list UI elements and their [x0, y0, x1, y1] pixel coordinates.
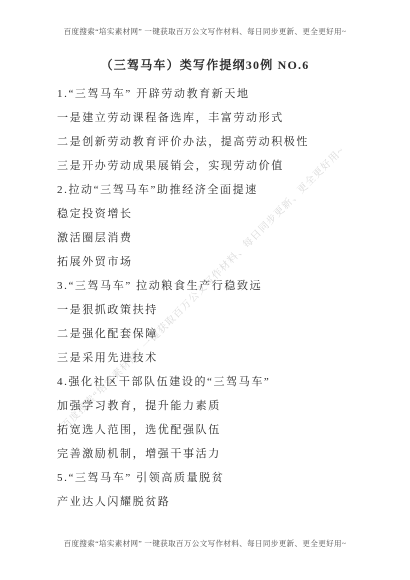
outline-line: 1.“三驾马车” 开辟劳动教育新天地: [57, 89, 380, 101]
footer-promo-note: 百度搜索“培实素材网” 一键获取百万公文写作材料、每日同步更新、更全更好用~: [0, 538, 410, 549]
outline-line: 二是创新劳动教育评价办法，提高劳动积极性: [57, 137, 380, 149]
outline-line: 三是采用先进技术: [57, 353, 380, 365]
outline-line: 三是开办劳动成果展销会，实现劳动价值: [57, 161, 380, 173]
outline-line: 稳定投资增长: [57, 209, 380, 221]
outline-line: 5.“三驾马车” 引领高质量脱贫: [57, 473, 380, 485]
outline-line: 完善激励机制，增强干事活力: [57, 449, 380, 461]
outline-line: 3.“三驾马车” 拉动粮食生产行稳致远: [57, 281, 380, 293]
outline-line: 一是建立劳动课程备选库，丰富劳动形式: [57, 113, 380, 125]
outline-line: 4.强化社区干部队伍建设的“三驾马车”: [57, 377, 380, 389]
outline-line: 激活圈层消费: [57, 233, 380, 245]
outline-line: 二是强化配套保障: [57, 329, 380, 341]
outline-line: 加强学习教育，提升能力素质: [57, 401, 380, 413]
document-title: （三驾马车）类写作提纲30例 NO.6: [0, 56, 410, 73]
outline-line: 一是狠抓政策扶持: [57, 305, 380, 317]
outline-line: 2.拉动“三驾马车”助推经济全面提速: [57, 185, 380, 197]
document-body: 1.“三驾马车” 开辟劳动教育新天地一是建立劳动课程备选库，丰富劳动形式二是创新…: [57, 89, 380, 521]
outline-line: 拓展外贸市场: [57, 257, 380, 269]
header-promo-note: 百度搜索“培实素材网” 一键获取百万公文写作材料、每日同步更新、更全更好用~: [0, 26, 410, 37]
document-page: 百度搜索“培实素材网” 一键获取百万公文写作材料、每日同步更新、更全更好用~ 百…: [0, 0, 410, 580]
outline-line: 产业达人闪耀脱贫路: [57, 497, 380, 509]
outline-line: 拓宽选人范围，选优配强队伍: [57, 425, 380, 437]
